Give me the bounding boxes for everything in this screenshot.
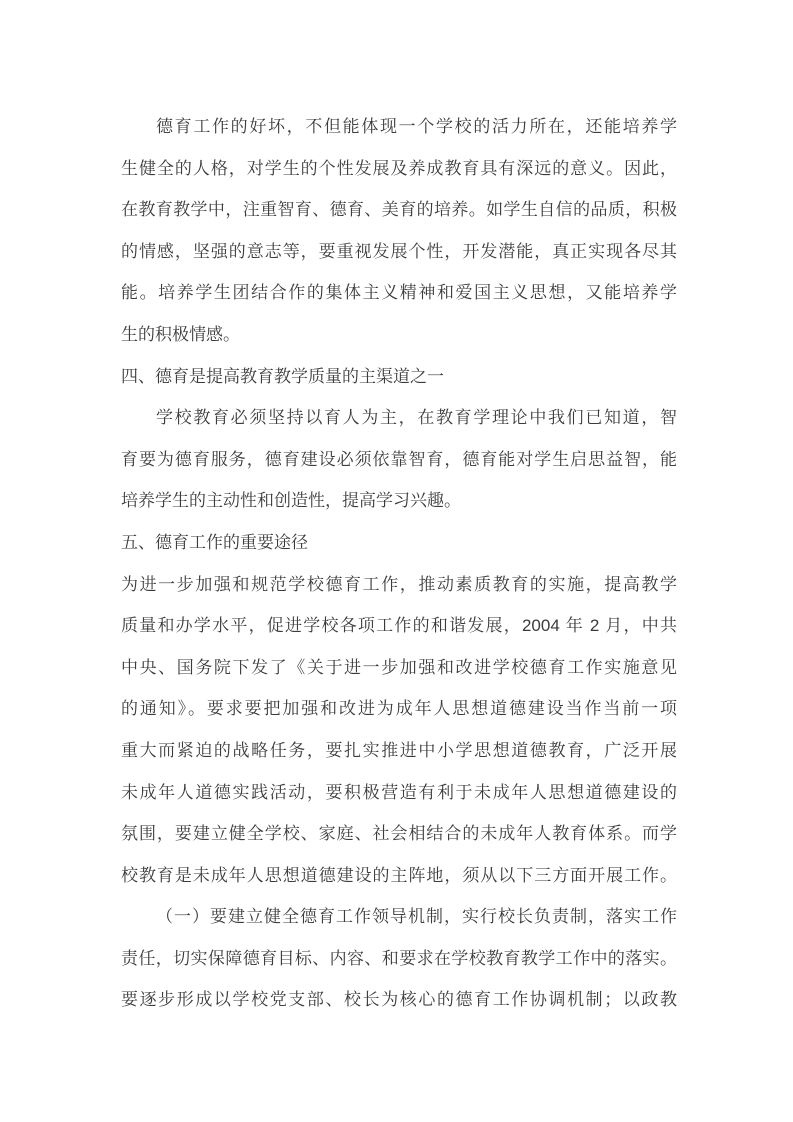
heading-line: 四、德育是提高教育教学质量的主渠道之一 xyxy=(121,356,677,398)
body-text-line: 培养学生的主动性和创造性，提高学习兴趣。 xyxy=(121,480,677,522)
body-text-line: 校教育是未成年人思想道德建设的主阵地，须从以下三方面开展工作。 xyxy=(121,855,677,897)
heading-line: 五、德育工作的重要途径 xyxy=(121,522,677,564)
body-text-line: 的通知》。要求要把加强和改进为成年人思想道德建设当作当前一项 xyxy=(121,688,677,730)
body-text-line: 责任，切实保障德育目标、内容、和要求在学校教育教学工作中的落实。 xyxy=(121,938,677,980)
document-body: 德育工作的好坏，不但能体现一个学校的活力所在，还能培养学生健全的人格，对学生的个… xyxy=(121,106,677,1021)
body-text-line: 育要为德育服务，德育建设必须依靠智育，德育能对学生启思益智，能 xyxy=(121,439,677,481)
body-text-line: 能。培养学生团结合作的集体主义精神和爱国主义思想，又能培养学 xyxy=(121,272,677,314)
body-text-line: 生的积极情感。 xyxy=(121,314,677,356)
body-text-line: 的情感，坚强的意志等，要重视发展个性，开发潜能，真正实现各尽其 xyxy=(121,231,677,273)
body-text-line: 在教育教学中，注重智育、德育、美育的培养。如学生自信的品质，积极 xyxy=(121,189,677,231)
document-page: 德育工作的好坏，不但能体现一个学校的活力所在，还能培养学生健全的人格，对学生的个… xyxy=(0,0,793,1122)
body-text-line: 德育工作的好坏，不但能体现一个学校的活力所在，还能培养学 xyxy=(121,106,677,148)
body-text-line: 要逐步形成以学校党支部、校长为核心的德育工作协调机制；以政教 xyxy=(121,979,677,1021)
body-text-line: 学校教育必须坚持以育人为主，在教育学理论中我们已知道，智 xyxy=(121,397,677,439)
body-text-line: 中央、国务院下发了《关于进一步加强和改进学校德育工作实施意见 xyxy=(121,647,677,689)
body-text-line: 为进一步加强和规范学校德育工作，推动素质教育的实施，提高教学 xyxy=(121,564,677,606)
body-text-line: 未成年人道德实践活动，要积极营造有利于未成年人思想道德建设的 xyxy=(121,772,677,814)
body-text-line: 质量和办学水平，促进学校各项工作的和谐发展，2004 年 2 月，中共 xyxy=(121,605,677,647)
body-text-line: （一）要建立健全德育工作领导机制，实行校长负责制，落实工作 xyxy=(121,896,677,938)
body-text-line: 生健全的人格，对学生的个性发展及养成教育具有深远的意义。因此， xyxy=(121,148,677,190)
body-text-line: 氛围，要建立健全学校、家庭、社会相结合的未成年人教育体系。而学 xyxy=(121,813,677,855)
body-text-line: 重大而紧迫的战略任务，要扎实推进中小学思想道德教育，广泛开展 xyxy=(121,730,677,772)
